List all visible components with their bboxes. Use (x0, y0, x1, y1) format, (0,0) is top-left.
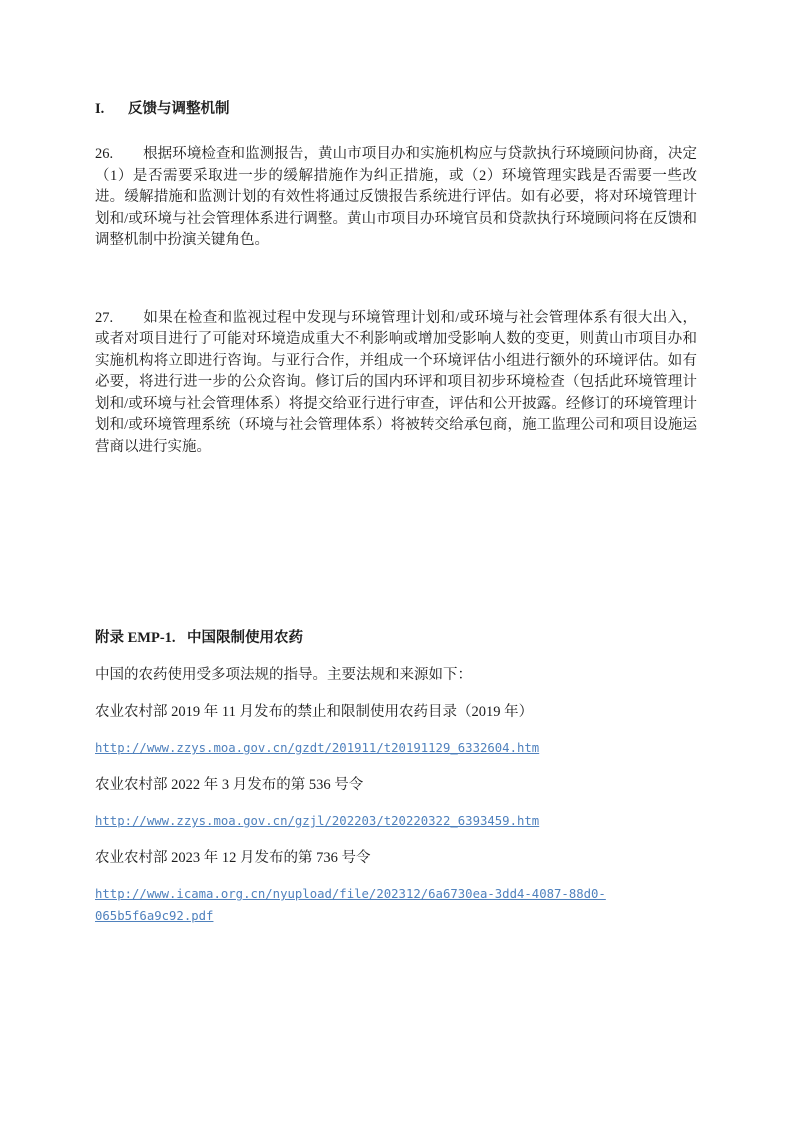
section-heading: I.反馈与调整机制 (95, 99, 697, 120)
source-label-2019: 农业农村部 2019 年 11 月发布的禁止和限制使用农药目录（2019 年） (95, 702, 697, 724)
source-link-2023[interactable]: http://www.icama.org.cn/nyupload/file/20… (95, 887, 606, 923)
paragraph-number: 26. (95, 144, 143, 166)
appendix-heading: 附录 EMP-1.中国限制使用农药 (95, 628, 697, 649)
document-page: I.反馈与调整机制 26.根据环境检查和监测报告，黄山市项目办和实施机构应与贷款… (0, 0, 790, 1122)
paragraph-26: 26.根据环境检查和监测报告，黄山市项目办和实施机构应与贷款执行环境顾问协商，决… (95, 144, 697, 252)
appendix-heading-number: 附录 EMP-1. (95, 628, 187, 649)
appendix-heading-title: 中国限制使用农药 (187, 630, 303, 646)
section-heading-title: 反馈与调整机制 (128, 101, 230, 117)
paragraph-number: 27. (95, 308, 143, 330)
source-link-row: http://www.zzys.moa.gov.cn/gzdt/201911/t… (95, 738, 697, 760)
source-label-2022: 农业农村部 2022 年 3 月发布的第 536 号令 (95, 775, 697, 797)
paragraph-text: 根据环境检查和监测报告，黄山市项目办和实施机构应与贷款执行环境顾问协商，决定（1… (95, 146, 697, 248)
appendix-intro: 中国的农药使用受多项法规的指导。主要法规和来源如下： (95, 665, 697, 687)
paragraph-27: 27.如果在检查和监视过程中发现与环境管理计划和/或环境与社会管理体系有很大出入… (95, 308, 697, 459)
source-link-row: http://www.zzys.moa.gov.cn/gzjl/202203/t… (95, 811, 697, 833)
section-heading-number: I. (95, 99, 128, 120)
source-link-2019[interactable]: http://www.zzys.moa.gov.cn/gzdt/201911/t… (95, 741, 539, 755)
source-link-row: http://www.icama.org.cn/nyupload/file/20… (95, 884, 697, 927)
source-label-2023: 农业农村部 2023 年 12 月发布的第 736 号令 (95, 848, 697, 870)
paragraph-text: 如果在检查和监视过程中发现与环境管理计划和/或环境与社会管理体系有很大出入，或者… (95, 310, 697, 455)
source-link-2022[interactable]: http://www.zzys.moa.gov.cn/gzjl/202203/t… (95, 814, 539, 828)
